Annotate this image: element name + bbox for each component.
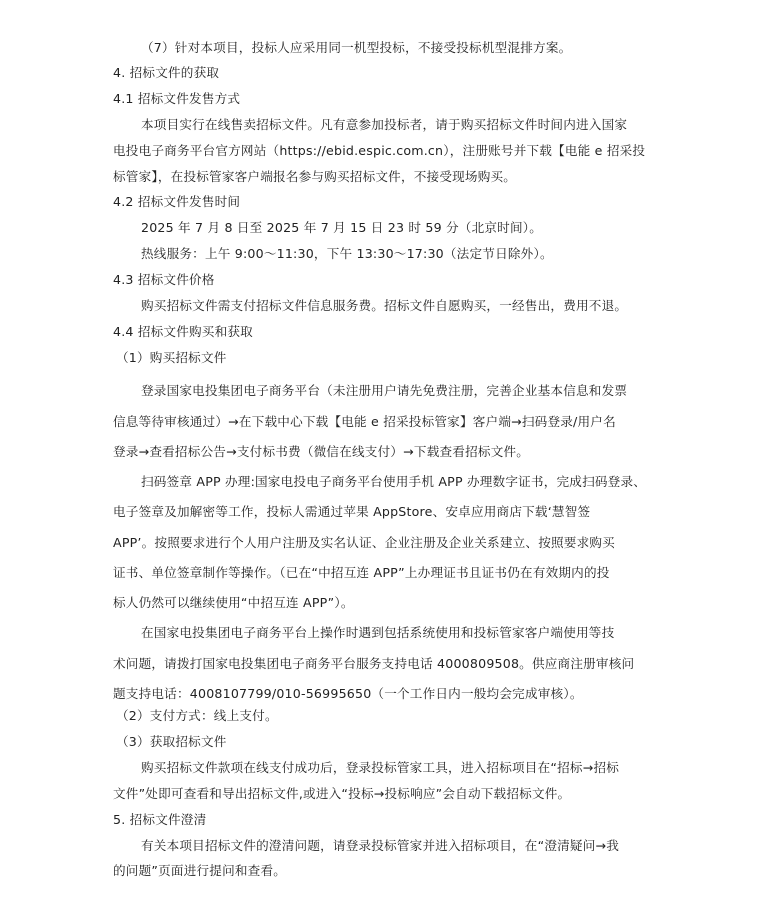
paragraph-line: 标人仍然可以继续使用“中招互连 APP”）。: [113, 595, 354, 611]
heading-5: 5. 招标文件澄清: [113, 812, 206, 828]
heading-4-4: 4.4 招标文件购买和获取: [113, 324, 253, 340]
paragraph-line: 2025 年 7 月 8 日至 2025 年 7 月 15 日 23 时 59 …: [141, 220, 542, 236]
heading-4-3: 4.3 招标文件价格: [113, 272, 215, 288]
item-7-text: （7）针对本项目，投标人应采用同一机型投标，不接受投标机型混排方案。: [141, 40, 571, 56]
paragraph-line: 本项目实行在线售卖招标文件。凡有意参加投标者，请于购买招标文件时间内进入国家: [141, 117, 627, 133]
heading-4-1: 4.1 招标文件发售方式: [113, 91, 240, 107]
heading-4-2: 4.2 招标文件发售时间: [113, 194, 240, 210]
paragraph-line: 登录国家电投集团电子商务平台（未注册用户请先免费注册，完善企业基本信息和发票: [141, 383, 627, 399]
paragraph-line: 热线服务：上午 9:00～11:30，下午 13:30～17:30（法定节日除外…: [141, 246, 553, 262]
subheading-3: （3）获取招标文件: [116, 734, 227, 750]
paragraph-line: 信息等待审核通过）→在下载中心下载【电能 e 招采投标管家】客户端→扫码登录/用…: [113, 414, 616, 430]
paragraph-line: 证书、单位签章制作等操作。（已在“中招互连 APP”上办理证书且证书仍在有效期内…: [113, 565, 610, 581]
paragraph-line: 登录→查看招标公告→支付标书费（微信在线支付）→下载查看招标文件。: [113, 444, 529, 460]
paragraph-line: 电子签章及加解密等工作，投标人需通过苹果 AppStore、安卓应用商店下载‘慧…: [113, 504, 590, 520]
paragraph-line: 购买招标文件需支付招标文件信息服务费。招标文件自愿购买，一经售出，费用不退。: [141, 298, 627, 314]
paragraph-line: 电投电子商务平台官方网站（https://ebid.espic.com.cn），…: [113, 143, 645, 159]
paragraph-line: 标管家】，在投标管家客户端报名参与购买招标文件，不接受现场购买。: [113, 169, 516, 185]
paragraph-line: 有关本项目招标文件的澄清问题，请登录投标管家并进入招标项目，在“澄清疑问→我: [141, 838, 619, 854]
document-page: （7）针对本项目，投标人应采用同一机型投标，不接受投标机型混排方案。 4. 招标…: [0, 0, 759, 911]
subheading-1: （1）购买招标文件: [116, 350, 227, 366]
subheading-2: （2）支付方式：线上支付。: [116, 708, 278, 724]
paragraph-line: 扫码签章 APP 办理:国家电投电子商务平台使用手机 APP 办理数字证书，完成…: [141, 474, 646, 490]
paragraph-line: 在国家电投集团电子商务平台上操作时遇到包括系统使用和投标管家客户端使用等技: [141, 625, 614, 641]
paragraph-line: 题支持电话：4008107799/010-56995650（一个工作日内一般均会…: [113, 686, 583, 702]
heading-4: 4. 招标文件的获取: [113, 65, 219, 81]
paragraph-line: 术问题，请拨打国家电投集团电子商务平台服务支持电话 4000809508。供应商…: [113, 656, 634, 672]
paragraph-line: 购买招标文件款项在线支付成功后，登录投标管家工具，进入招标项目在“招标→招标: [141, 760, 619, 776]
paragraph-line: APP’。按照要求进行个人用户注册及实名认证、企业注册及企业关系建立、按照要求购…: [113, 535, 615, 551]
paragraph-line: 的问题”页面进行提问和查看。: [113, 863, 286, 879]
paragraph-line: 文件”处即可查看和导出招标文件,或进入“投标→投标响应”会自动下载招标文件。: [113, 786, 570, 802]
